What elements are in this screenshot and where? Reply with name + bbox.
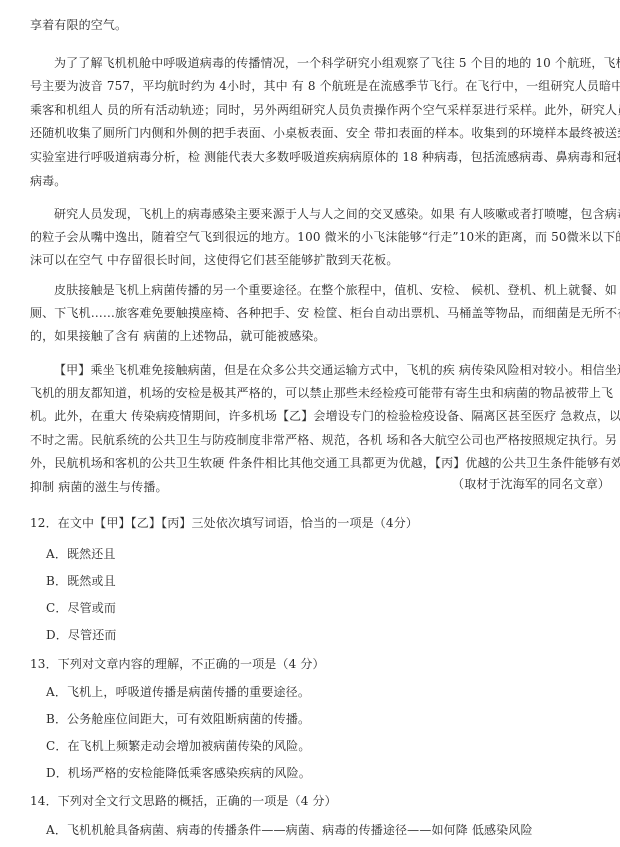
question-12-stem: 12．在文中【甲】【乙】【丙】三处依次填写词语，恰当的一项是（4分） bbox=[30, 515, 418, 531]
paragraph-1-line: 实验室进行呼吸道病毒分析，检 测能代表大多数呼吸道疾病病原体的 18 种病毒，包… bbox=[30, 149, 620, 165]
question-12-option-d: D．尽管还而 bbox=[46, 627, 117, 643]
question-13-option-c: C．在飞机上频繁走动会增加被病菌传染的风险。 bbox=[46, 738, 310, 754]
question-13-option-d: D．机场严格的安检能降低乘客感染疾病的风险。 bbox=[46, 765, 311, 781]
paragraph-1-line: 为了了解飞机机舱中呼吸道病毒的传播情况，一个科学研究小组观察了飞往 5 个目的地… bbox=[54, 55, 620, 71]
paragraph-4-line: 飞机的朋友都知道，机场的安检是极其严格的，可以禁止那些未经检疫可能带有寄生虫和病… bbox=[30, 385, 613, 401]
paragraph-1-line: 还随机收集了厕所门内侧和外侧的把手表面、小桌板表面、安全 带扣表面的样本。收集到… bbox=[30, 125, 620, 141]
question-12-option-c: C．尽管或而 bbox=[46, 600, 116, 616]
question-13-stem: 13．下列对文章内容的理解，不正确的一项是（4 分） bbox=[30, 656, 325, 672]
question-14-option-a: A．飞机机舱具备病菌、病毒的传播条件——病菌、病毒的传播途径——如何降 低感染风… bbox=[46, 822, 533, 838]
paragraph-1-line: 病毒。 bbox=[30, 173, 66, 189]
question-12-option-b: B．既然或且 bbox=[46, 573, 116, 589]
paragraph-3-line: 厕、下飞机……旅客难免要触摸座椅、各种把手、安 检筐、柜台自动出票机、马桶盖等物… bbox=[30, 305, 620, 321]
paragraph-1-line: 乘客和机组人 员的所有活动轨迹；同时，另外两组研究人员负责操作两个空气采样泵进行… bbox=[30, 102, 620, 118]
question-13-option-b: B．公务舱座位间距大，可有效阻断病菌的传播。 bbox=[46, 711, 310, 727]
paragraph-2-line: 沫可以在空气 中存留很长时间，这使得它们甚至能够扩散到天花板。 bbox=[30, 252, 398, 268]
question-14-stem: 14．下列对全文行文思路的概括，正确的一项是（4 分） bbox=[30, 793, 337, 809]
paragraph-4-line: 不时之需。民航系统的公共卫生与防疫制度非常严格、规范，各机 场和各大航空公司也严… bbox=[30, 432, 617, 448]
question-13-option-a: A．飞机上，呼吸道传播是病菌传播的重要途径。 bbox=[46, 684, 310, 700]
paragraph-2-line: 的粒子会从嘴中逸出，随着空气飞到很远的地方。100 微米的小飞沫能够“行走”10… bbox=[30, 229, 620, 245]
paragraph-4-line: 机。此外，在重大 传染病疫情期间，许多机场【乙】会增设专门的检验检疫设备、隔离区… bbox=[30, 408, 620, 424]
paragraph-2-line: 研究人员发现，飞机上的病毒感染主要来源于人与人之间的交叉感染。如果 有人咳嗽或者… bbox=[54, 206, 620, 222]
paragraph-4-line: 抑制 病菌的滋生与传播。 bbox=[30, 479, 168, 495]
paragraph-3-line: 的，如果接触了含有 病菌的上述物品，就可能被感染。 bbox=[30, 328, 326, 344]
paragraph-4-line: 【甲】乘坐飞机难免接触病菌，但是在众多公共交通运输方式中，飞机的疾 病传染风险相… bbox=[54, 362, 620, 378]
passage-continuation: 享着有限的空气。 bbox=[30, 17, 127, 33]
paragraph-4-line: 外，民航机场和客机的公共卫生软硬 件条件相比其他交通工具都更为优越，【丙】优越的… bbox=[30, 455, 620, 471]
question-12-option-a: A．既然还且 bbox=[46, 546, 116, 562]
paragraph-1-line: 号主要为波音 757，平均航时约为 4小时，其中 有 8 个航班是在流感季节飞行… bbox=[30, 78, 620, 94]
paragraph-3-line: 皮肤接触是飞机上病菌传播的另一个重要途径。在整个旅程中，值机、安检、 候机、登机… bbox=[54, 282, 617, 298]
source-attribution: （取材于沈海军的同名文章） bbox=[452, 476, 610, 492]
